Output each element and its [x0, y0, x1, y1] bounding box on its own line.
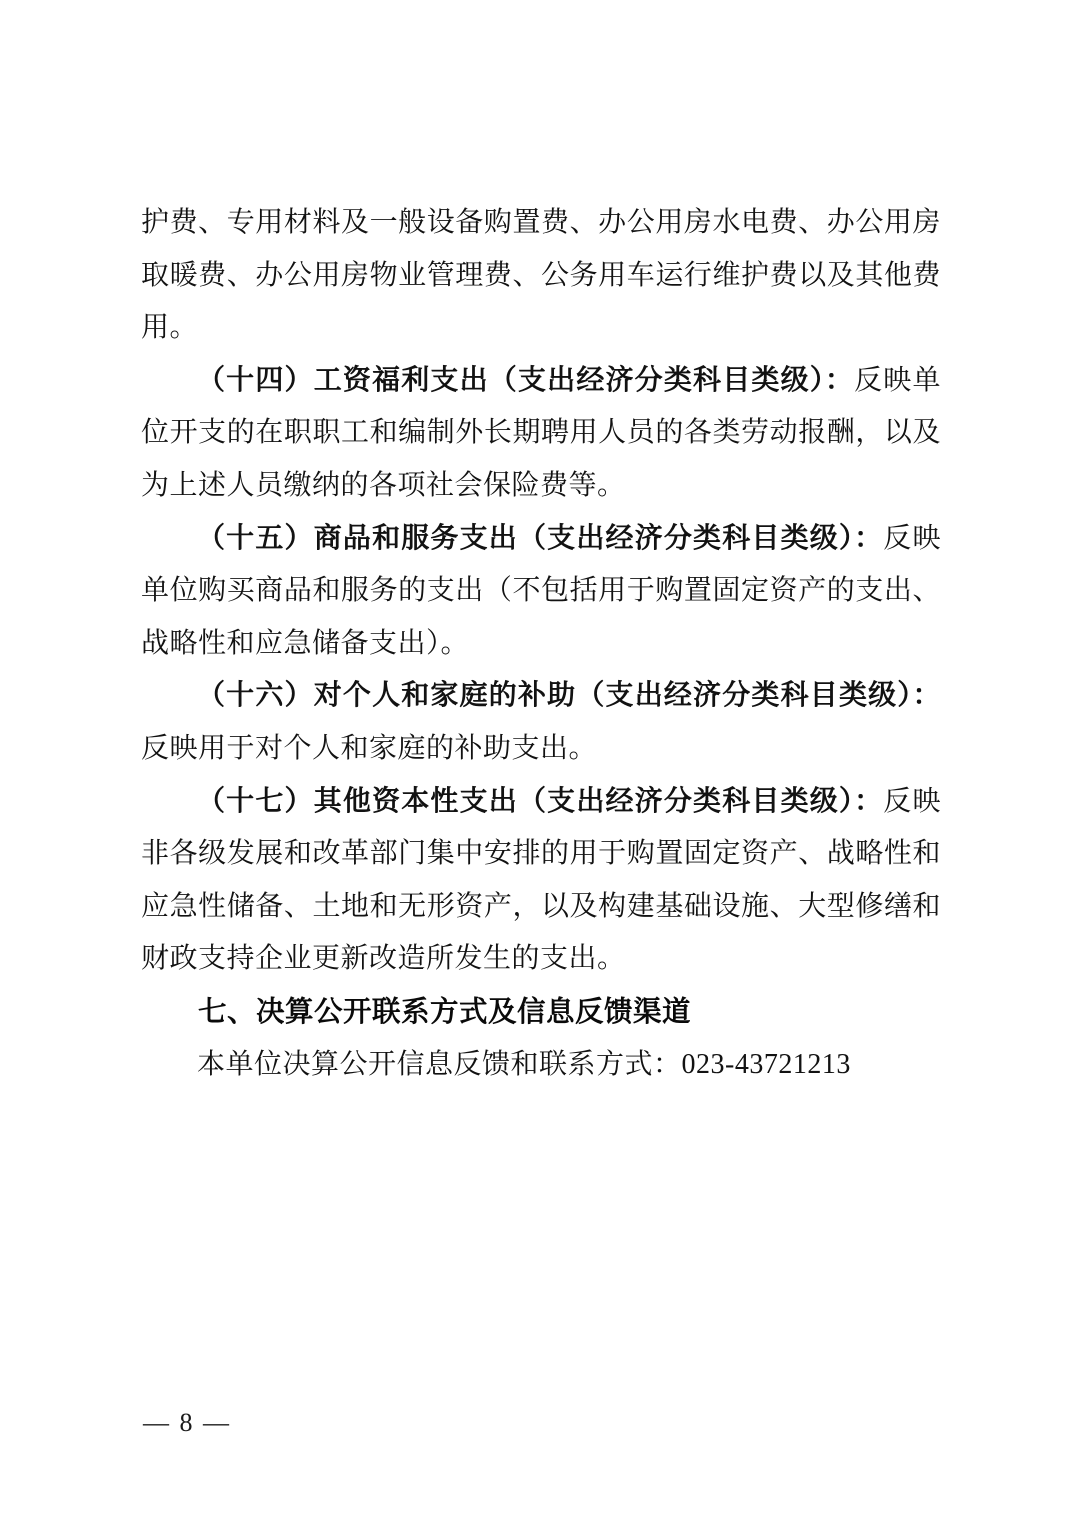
section-heading: 七、决算公开联系方式及信息反馈渠道	[141, 986, 941, 1039]
paragraph-lead: （十四）工资福利支出（支出经济分类科目类级）：	[197, 365, 854, 396]
paragraph-item-16: （十六）对个人和家庭的补助（支出经济分类科目类级）：反映用于对个人和家庭的补助支…	[141, 670, 941, 775]
paragraph-continuation: 护费、专用材料及一般设备购置费、办公用房水电费、办公用房取暖费、办公用房物业管理…	[141, 197, 941, 355]
paragraph-text: 反映用于对个人和家庭的补助支出。	[141, 733, 597, 764]
document-page: 护费、专用材料及一般设备购置费、办公用房水电费、办公用房取暖费、办公用房物业管理…	[0, 0, 1075, 1520]
paragraph-lead: （十六）对个人和家庭的补助（支出经济分类科目类级）：	[197, 680, 941, 711]
contact-line: 本单位决算公开信息反馈和联系方式：023-43721213	[141, 1039, 941, 1092]
contact-label: 本单位决算公开信息反馈和联系方式：	[197, 1049, 682, 1080]
page-number: — 8 —	[143, 1408, 231, 1438]
document-body: 护费、专用材料及一般设备购置费、办公用房水电费、办公用房取暖费、办公用房物业管理…	[141, 197, 941, 1091]
paragraph-text: 护费、专用材料及一般设备购置费、办公用房水电费、办公用房取暖费、办公用房物业管理…	[141, 207, 941, 343]
paragraph-lead: （十五）商品和服务支出（支出经济分类科目类级）：	[197, 523, 883, 554]
paragraph-item-17: （十七）其他资本性支出（支出经济分类科目类级）：反映非各级发展和改革部门集中安排…	[141, 776, 941, 986]
paragraph-item-14: （十四）工资福利支出（支出经济分类科目类级）：反映单位开支的在职职工和编制外长期…	[141, 355, 941, 513]
paragraph-lead: （十七）其他资本性支出（支出经济分类科目类级）：	[197, 786, 883, 817]
contact-phone-number: 023-43721213	[682, 1049, 851, 1080]
paragraph-item-15: （十五）商品和服务支出（支出经济分类科目类级）：反映单位购买商品和服务的支出（不…	[141, 513, 941, 671]
